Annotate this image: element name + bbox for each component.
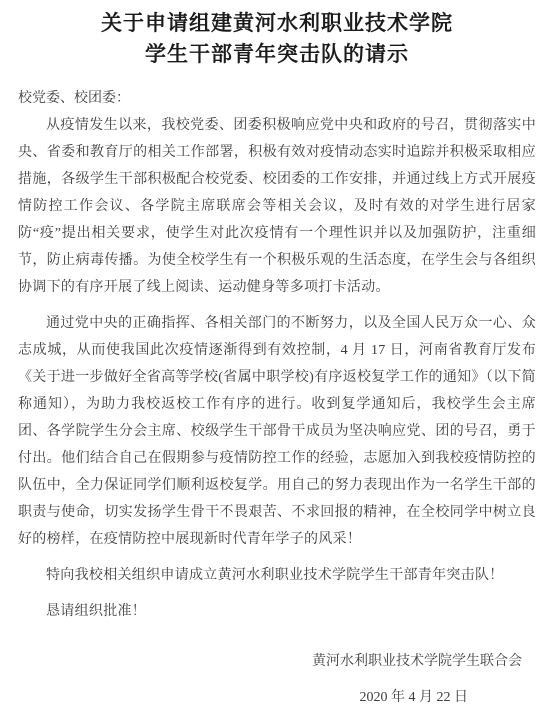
signature-date: 2020 年 4 月 22 日 [18,684,536,711]
document-title: 关于申请组建黄河水利职业技术学院 学生干部青年突击队的请示 [18,8,536,70]
document-page: 关于申请组建黄河水利职业技术学院 学生干部青年突击队的请示 校党委、校团委： 从… [0,0,550,716]
document-title-line-2: 学生干部青年突击队的请示 [18,39,536,70]
document-body: 从疫情发生以来，我校党委、团委积极响应党中央和政府的号召，贯彻落实中央、省委和教… [18,112,536,625]
paragraph-2: 通过党中央的正确指挥、各相关部门的不断努力，以及全国人民万众一心、众志成城，从而… [18,310,536,553]
paragraph-1: 从疫情发生以来，我校党委、团委积极响应党中央和政府的号召，贯彻落实中央、省委和教… [18,112,536,301]
paragraph-4-approval-request: 恳请组织批准！ [18,598,536,625]
paragraph-3-request: 特向我校相关组织申请成立黄河水利职业技术学院学生干部青年突击队！ [18,562,536,589]
document-title-line-1: 关于申请组建黄河水利职业技术学院 [18,8,536,39]
signature: 黄河水利职业技术学院学生联合会 [18,648,536,675]
salutation: 校党委、校团委： [18,85,536,112]
